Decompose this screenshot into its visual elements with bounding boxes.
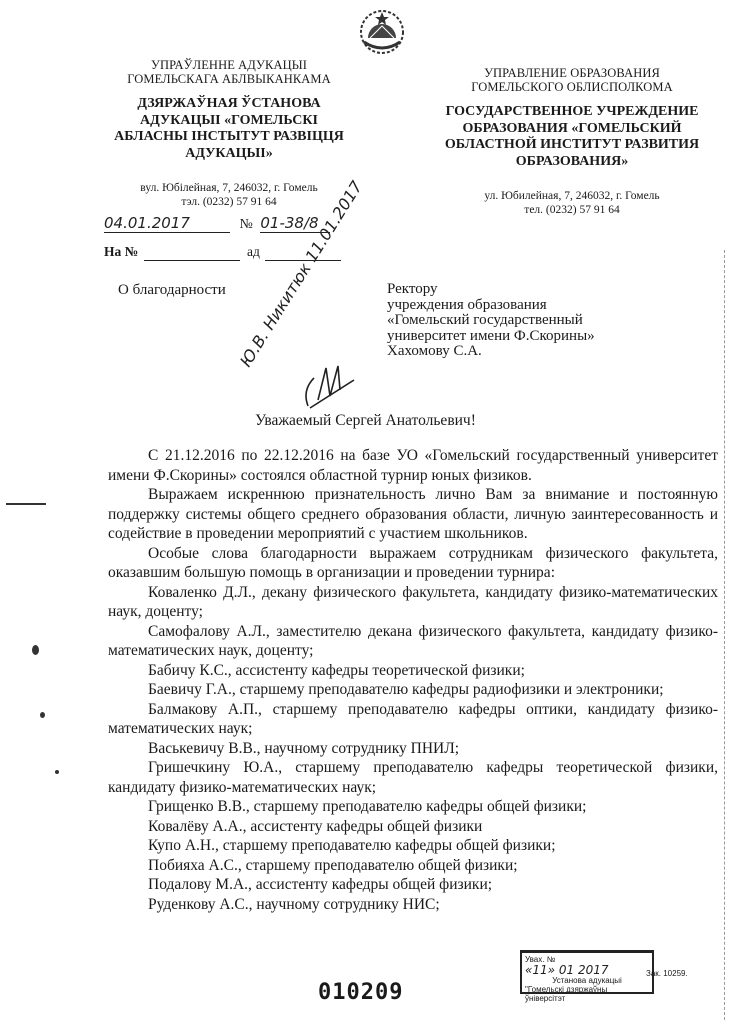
reply-from-label: ад [247,244,260,259]
dept-name-ru: УПРАВЛЕНИЕ ОБРАЗОВАНИЯ ГОМЕЛЬСКОГО ОБЛИС… [430,66,714,94]
signature-icon [300,360,360,410]
scan-edge-line [724,250,726,1020]
paragraph: Выражаем искреннюю признательность лично… [108,485,718,544]
staff-list-item: Купо А.Н., старшему преподавателю кафедр… [108,836,718,856]
org-name-ru: ГОСУДАРСТВЕННОЕ УЧРЕЖДЕНИЕ ОБРАЗОВАНИЯ «… [430,104,714,170]
addressee-block: Ректору учреждения образования «Гомельск… [387,282,595,360]
org-address-ru: ул. Юбилейная, 7, 246032, г. Гомель тел.… [430,190,714,217]
staff-list-item: Гришечкину Ю.А., старшему преподавателю … [108,758,718,797]
paragraph: С 21.12.2016 по 22.12.2016 на базе УО «Г… [108,446,718,485]
stamp-line-2: "Гомельскі дзяржаўны ўніверсітэт [525,985,649,1003]
staff-list-item: Ковалёву А.А., ассистенту кафедры общей … [108,817,718,837]
stamp-line-1: Установа адукацыі [525,976,649,985]
staff-list-item: Васькевичу В.В., научному сотруднику ПНИ… [108,739,718,759]
dept-name-by: УПРАЎЛЕННЕ АДУКАЦЫІ ГОМЕЛЬСКАГА АБЛВЫКАН… [92,58,366,86]
staff-list-item: Балмакову А.П., старшему преподавателю к… [108,700,718,739]
letter-body: С 21.12.2016 по 22.12.2016 на базе УО «Г… [108,446,718,914]
salutation: Уважаемый Сергей Анатольевич! [0,412,731,430]
staff-list-item: Грищенко В.В., старшему преподавателю ка… [108,797,718,817]
header-right: УПРАВЛЕНИЕ ОБРАЗОВАНИЯ ГОМЕЛЬСКОГО ОБЛИС… [430,66,714,217]
staff-list-item: Бабичу К.С., ассистенту кафедры теоретич… [108,661,718,681]
staff-list-item: Самофалову А.Л., заместителю декана физи… [108,622,718,661]
letter-subject: О благодарности [118,282,226,299]
scan-artifact [32,645,39,655]
staff-list-item: Руденкову А.С., научному сотруднику НИС; [108,895,718,915]
org-address-by: вул. Юбілейная, 7, 246032, г. Гомель тэл… [92,182,366,209]
scan-artifact [40,712,45,718]
belarus-coat-of-arms-icon [356,8,408,56]
stamp-order-number: Зак. 10259. [646,969,688,978]
org-name-by: ДЗЯРЖАЎНАЯ ЎСТАНОВА АДУКАЦЫІ «ГОМЕЛЬСКІ … [92,96,366,162]
staff-list-item: Баевичу Г.А., старшему преподавателю каф… [108,680,718,700]
paragraph: Особые слова благодарности выражаем сотр… [108,544,718,583]
number-label: № [240,217,253,232]
scan-artifact [6,503,46,505]
staff-list-item: Коваленко Д.Л., декану физического факул… [108,583,718,622]
document-date: 04.01.2017 [104,214,230,233]
scan-artifact [55,770,59,774]
header-left: УПРАЎЛЕННЕ АДУКАЦЫІ ГОМЕЛЬСКАГА АБЛВЫКАН… [92,58,366,209]
reply-number-label: На № [104,244,138,259]
reply-number-line [144,244,240,261]
form-serial-number: 010209 [318,980,403,1005]
staff-list-item: Побияха А.С., старшему преподавателю общ… [108,856,718,876]
staff-list-item: Подалову М.А., ассистенту кафедры общей … [108,875,718,895]
incoming-stamp: Увах. № «11» 01 2017 Установа адукацыі "… [520,950,654,994]
stamp-date: «11» 01 2017 [525,964,649,976]
